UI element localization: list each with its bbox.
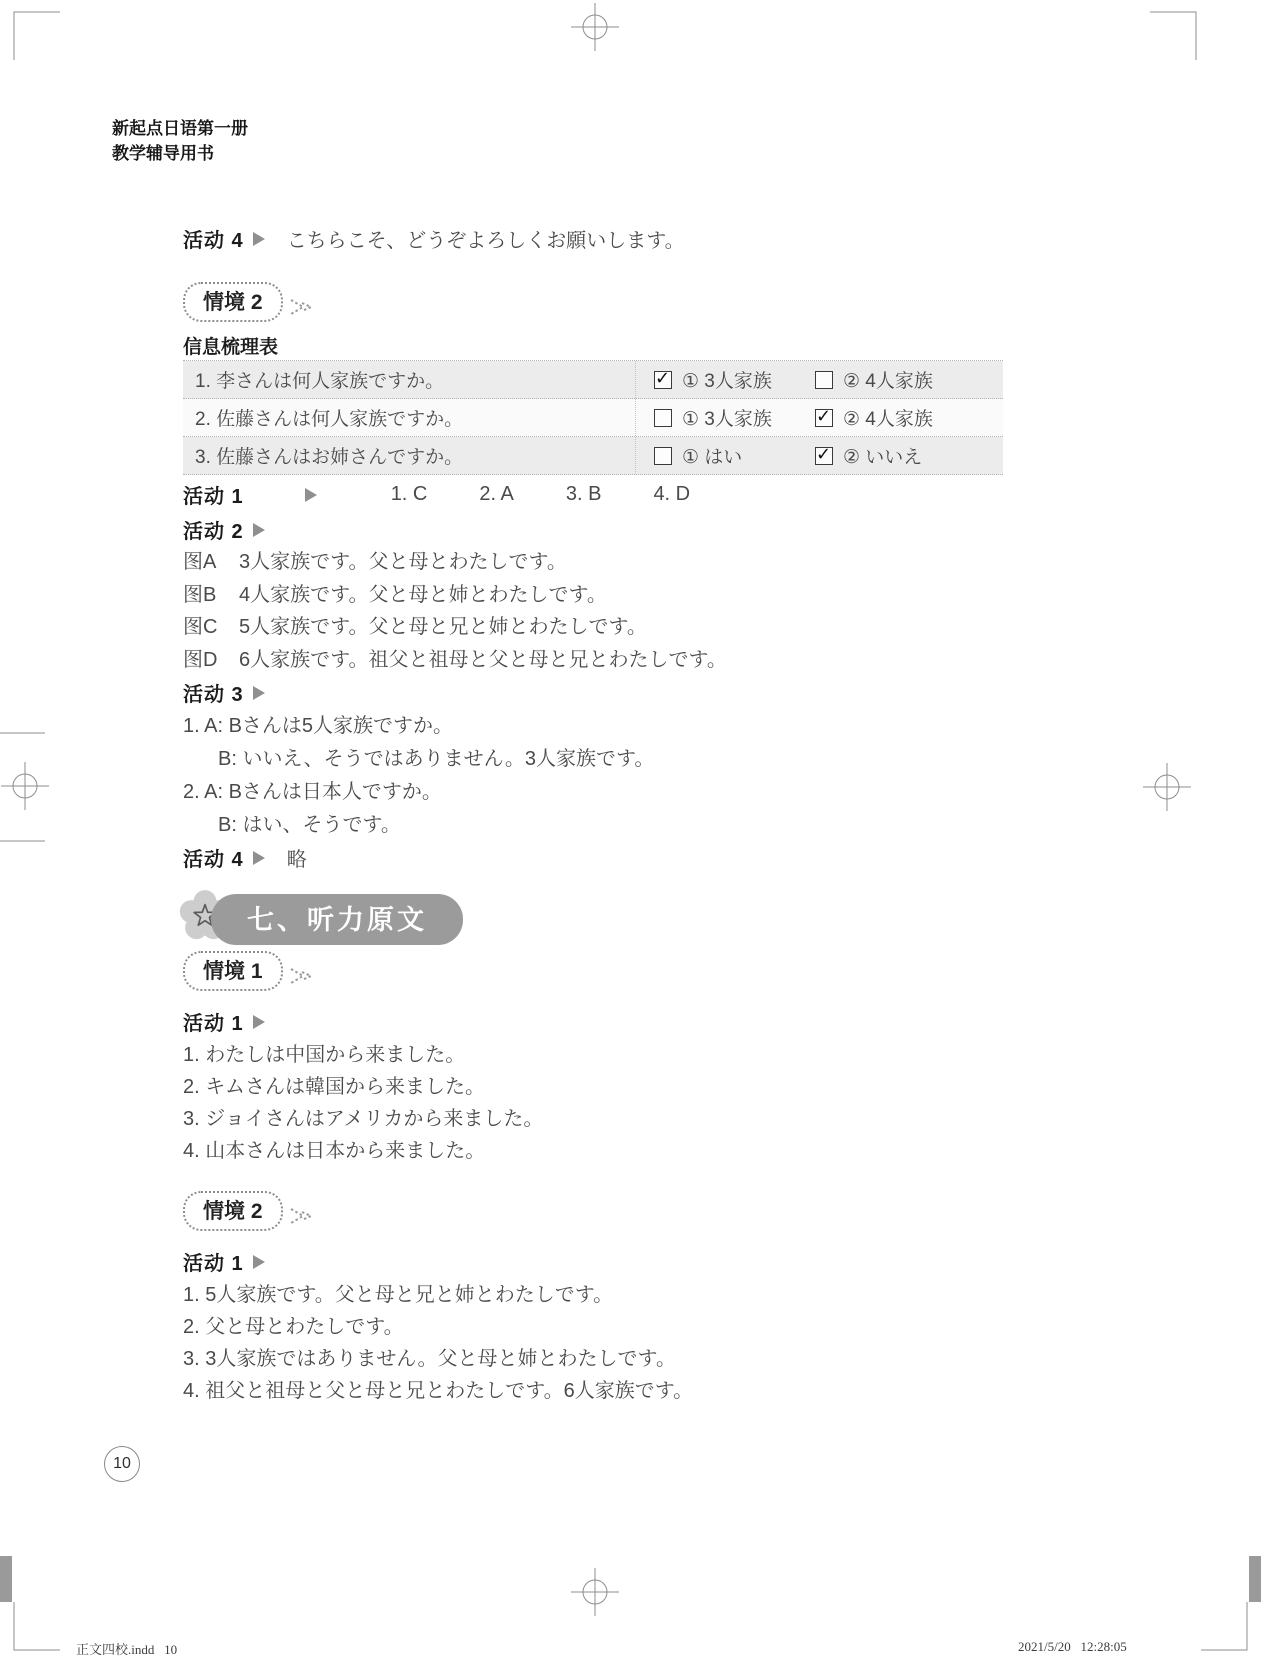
option-label: ① 3人家族 [682, 366, 772, 393]
activity-arrow-icon [253, 851, 265, 865]
option-label: ② いいえ [843, 442, 922, 469]
dialogue-line: 1. A: Bさんは5人家族ですか。 [183, 710, 1011, 743]
transcript-line: 4. 祖父と祖母と父と母と兄とわたしです。6人家族です。 [183, 1375, 1011, 1407]
booklet-title-line1: 新起点日语第一册 [112, 116, 248, 141]
activity-label: 活动 4 [183, 843, 244, 872]
activity-4-answer-row: 活动 4 こちらこそ、どうぞよろしくお願いします。 [183, 224, 1011, 253]
activity-label: 活动 1 [183, 1247, 244, 1276]
transcript-line: 3. ジョイさんはアメリカから来ました。 [183, 1103, 1011, 1135]
answer-item: 4. D [653, 483, 690, 506]
listening-s1-activity-1-header: 活动 1 [183, 1007, 1011, 1036]
table-option: ② 4人家族 [815, 399, 1003, 436]
answer-item: 2. A [479, 483, 513, 506]
option-label: ② 4人家族 [843, 366, 933, 393]
checkbox-icon [815, 409, 833, 427]
listening-s2-activity-1-header: 活动 1 [183, 1247, 1011, 1276]
activity-arrow-icon [253, 686, 265, 700]
option-label: ① 3人家族 [682, 404, 772, 431]
transcript-line: 1. わたしは中国から来ました。 [183, 1039, 1011, 1071]
figure-text: 5人家族です。父と母と兄と姉とわたしです。 [239, 611, 647, 644]
table-row: 1. 李さんは何人家族ですか。 ① 3人家族 ② 4人家族 [183, 361, 1003, 399]
activity-arrow-icon [305, 488, 317, 502]
table-option: ② いいえ [815, 437, 1003, 474]
table-row: 2. 佐藤さんは何人家族ですか。 ① 3人家族 ② 4人家族 [183, 399, 1003, 437]
checkbox-icon [654, 409, 672, 427]
activity-2-header: 活动 2 [183, 515, 1011, 544]
activity-label: 活动 1 [183, 1007, 244, 1036]
transcript-line: 1. 5人家族です。父と母と兄と姉とわたしです。 [183, 1279, 1011, 1311]
scenario-1-badge-row: 情境 1 [183, 951, 1011, 991]
info-table-title: 信息梳理表 [183, 332, 1011, 359]
activity-1-answer-row: 活动 1 1. C 2. A 3. B 4. D [183, 480, 1011, 509]
checkbox-icon [654, 371, 672, 389]
activity-answer-text: 略 [287, 843, 307, 872]
figure-tag: 图C [183, 611, 239, 644]
table-option: ② 4人家族 [815, 361, 1003, 398]
scenario-2-listening-badge-row: 情境 2 [183, 1191, 1011, 1231]
dialogue-line: B: いいえ、そうではありません。3人家族です。 [183, 743, 1011, 776]
dotted-arrow-icon [287, 965, 317, 987]
option-label: ② 4人家族 [843, 404, 933, 431]
activity-arrow-icon [253, 523, 265, 537]
activity-arrow-icon [253, 1255, 265, 1269]
footer-filename: 正文四校.indd 10 [76, 1639, 177, 1658]
info-table: 1. 李さんは何人家族ですか。 ① 3人家族 ② 4人家族 2. 佐藤さんは何人… [183, 360, 1003, 475]
figure-answer-line: 图C 5人家族です。父と母と兄と姉とわたしです。 [183, 611, 1011, 644]
figure-text: 4人家族です。父と母と姉とわたしです。 [239, 579, 607, 612]
scenario-badge: 情境 2 [183, 282, 283, 322]
table-option: ① はい [635, 437, 815, 474]
listening-section-header: 七、听力原文 [183, 888, 1011, 946]
transcript-line: 3. 3人家族ではありません。父と母と姉とわたしです。 [183, 1343, 1011, 1375]
figure-answer-line: 图B 4人家族です。父と母と姉とわたしです。 [183, 579, 1011, 612]
figure-text: 6人家族です。祖父と祖母と父と母と兄とわたしです。 [239, 644, 727, 677]
transcript-line: 2. キムさんは韓国から来ました。 [183, 1071, 1011, 1103]
dotted-arrow-icon [287, 296, 317, 318]
table-row: 3. 佐藤さんはお姉さんですか。 ① はい ② いいえ [183, 437, 1003, 475]
figure-text: 3人家族です。父と母とわたしです。 [239, 546, 567, 579]
page-number-badge: 10 [104, 1446, 140, 1482]
scenario-badge: 情境 2 [183, 1191, 283, 1231]
transcript-line: 4. 山本さんは日本から来ました。 [183, 1135, 1011, 1167]
dialogue-line: B: はい、そうです。 [183, 809, 1011, 842]
answer-item: 1. C [391, 483, 428, 506]
activity-3-dialogue: 1. A: Bさんは5人家族ですか。 B: いいえ、そうではありません。3人家族… [183, 710, 1011, 842]
activity-label: 活动 4 [183, 224, 244, 253]
table-question: 1. 李さんは何人家族ですか。 [183, 361, 635, 398]
option-label: ① はい [682, 442, 742, 469]
activity-2-answers: 图A 3人家族です。父と母とわたしです。 图B 4人家族です。父と母と姉とわたし… [183, 546, 1011, 676]
checkbox-icon [815, 371, 833, 389]
figure-tag: 图D [183, 644, 239, 677]
scenario-badge: 情境 1 [183, 951, 283, 991]
activity-arrow-icon [253, 232, 265, 246]
transcript-line: 2. 父と母とわたしです。 [183, 1311, 1011, 1343]
listening-s2-transcript: 1. 5人家族です。父と母と兄と姉とわたしです。 2. 父と母とわたしです。 3… [183, 1279, 1011, 1407]
figure-answer-line: 图D 6人家族です。祖父と祖母と父と母と兄とわたしです。 [183, 644, 1011, 677]
section-title: 七、听力原文 [211, 894, 463, 945]
figure-answer-line: 图A 3人家族です。父と母とわたしです。 [183, 546, 1011, 579]
activity-3-header: 活动 3 [183, 678, 1011, 707]
table-option: ① 3人家族 [635, 399, 815, 436]
activity-label: 活动 1 [183, 480, 244, 509]
booklet-header: 新起点日语第一册 教学辅导用书 [112, 116, 248, 166]
scenario-2-badge-row: 情境 2 [183, 282, 1011, 322]
listening-s1-transcript: 1. わたしは中国から来ました。 2. キムさんは韓国から来ました。 3. ジョ… [183, 1039, 1011, 1167]
activity-arrow-icon [253, 1015, 265, 1029]
figure-tag: 图A [183, 546, 239, 579]
checkbox-icon [654, 447, 672, 465]
dotted-arrow-icon [287, 1205, 317, 1227]
table-option: ① 3人家族 [635, 361, 815, 398]
footer-timestamp: 2021/5/20 12:28:05 [1018, 1639, 1127, 1655]
dialogue-line: 2. A: Bさんは日本人ですか。 [183, 776, 1011, 809]
table-question: 2. 佐藤さんは何人家族ですか。 [183, 399, 635, 436]
figure-tag: 图B [183, 579, 239, 612]
booklet-title-line2: 教学辅导用书 [112, 141, 248, 166]
activity-label: 活动 3 [183, 678, 244, 707]
activity-label: 活动 2 [183, 515, 244, 544]
activity-answer-text: こちらこそ、どうぞよろしくお願いします。 [287, 224, 685, 253]
activity-4-bottom-row: 活动 4 略 [183, 843, 1011, 872]
table-question: 3. 佐藤さんはお姉さんですか。 [183, 437, 635, 474]
answer-item: 3. B [566, 483, 602, 506]
checkbox-icon [815, 447, 833, 465]
